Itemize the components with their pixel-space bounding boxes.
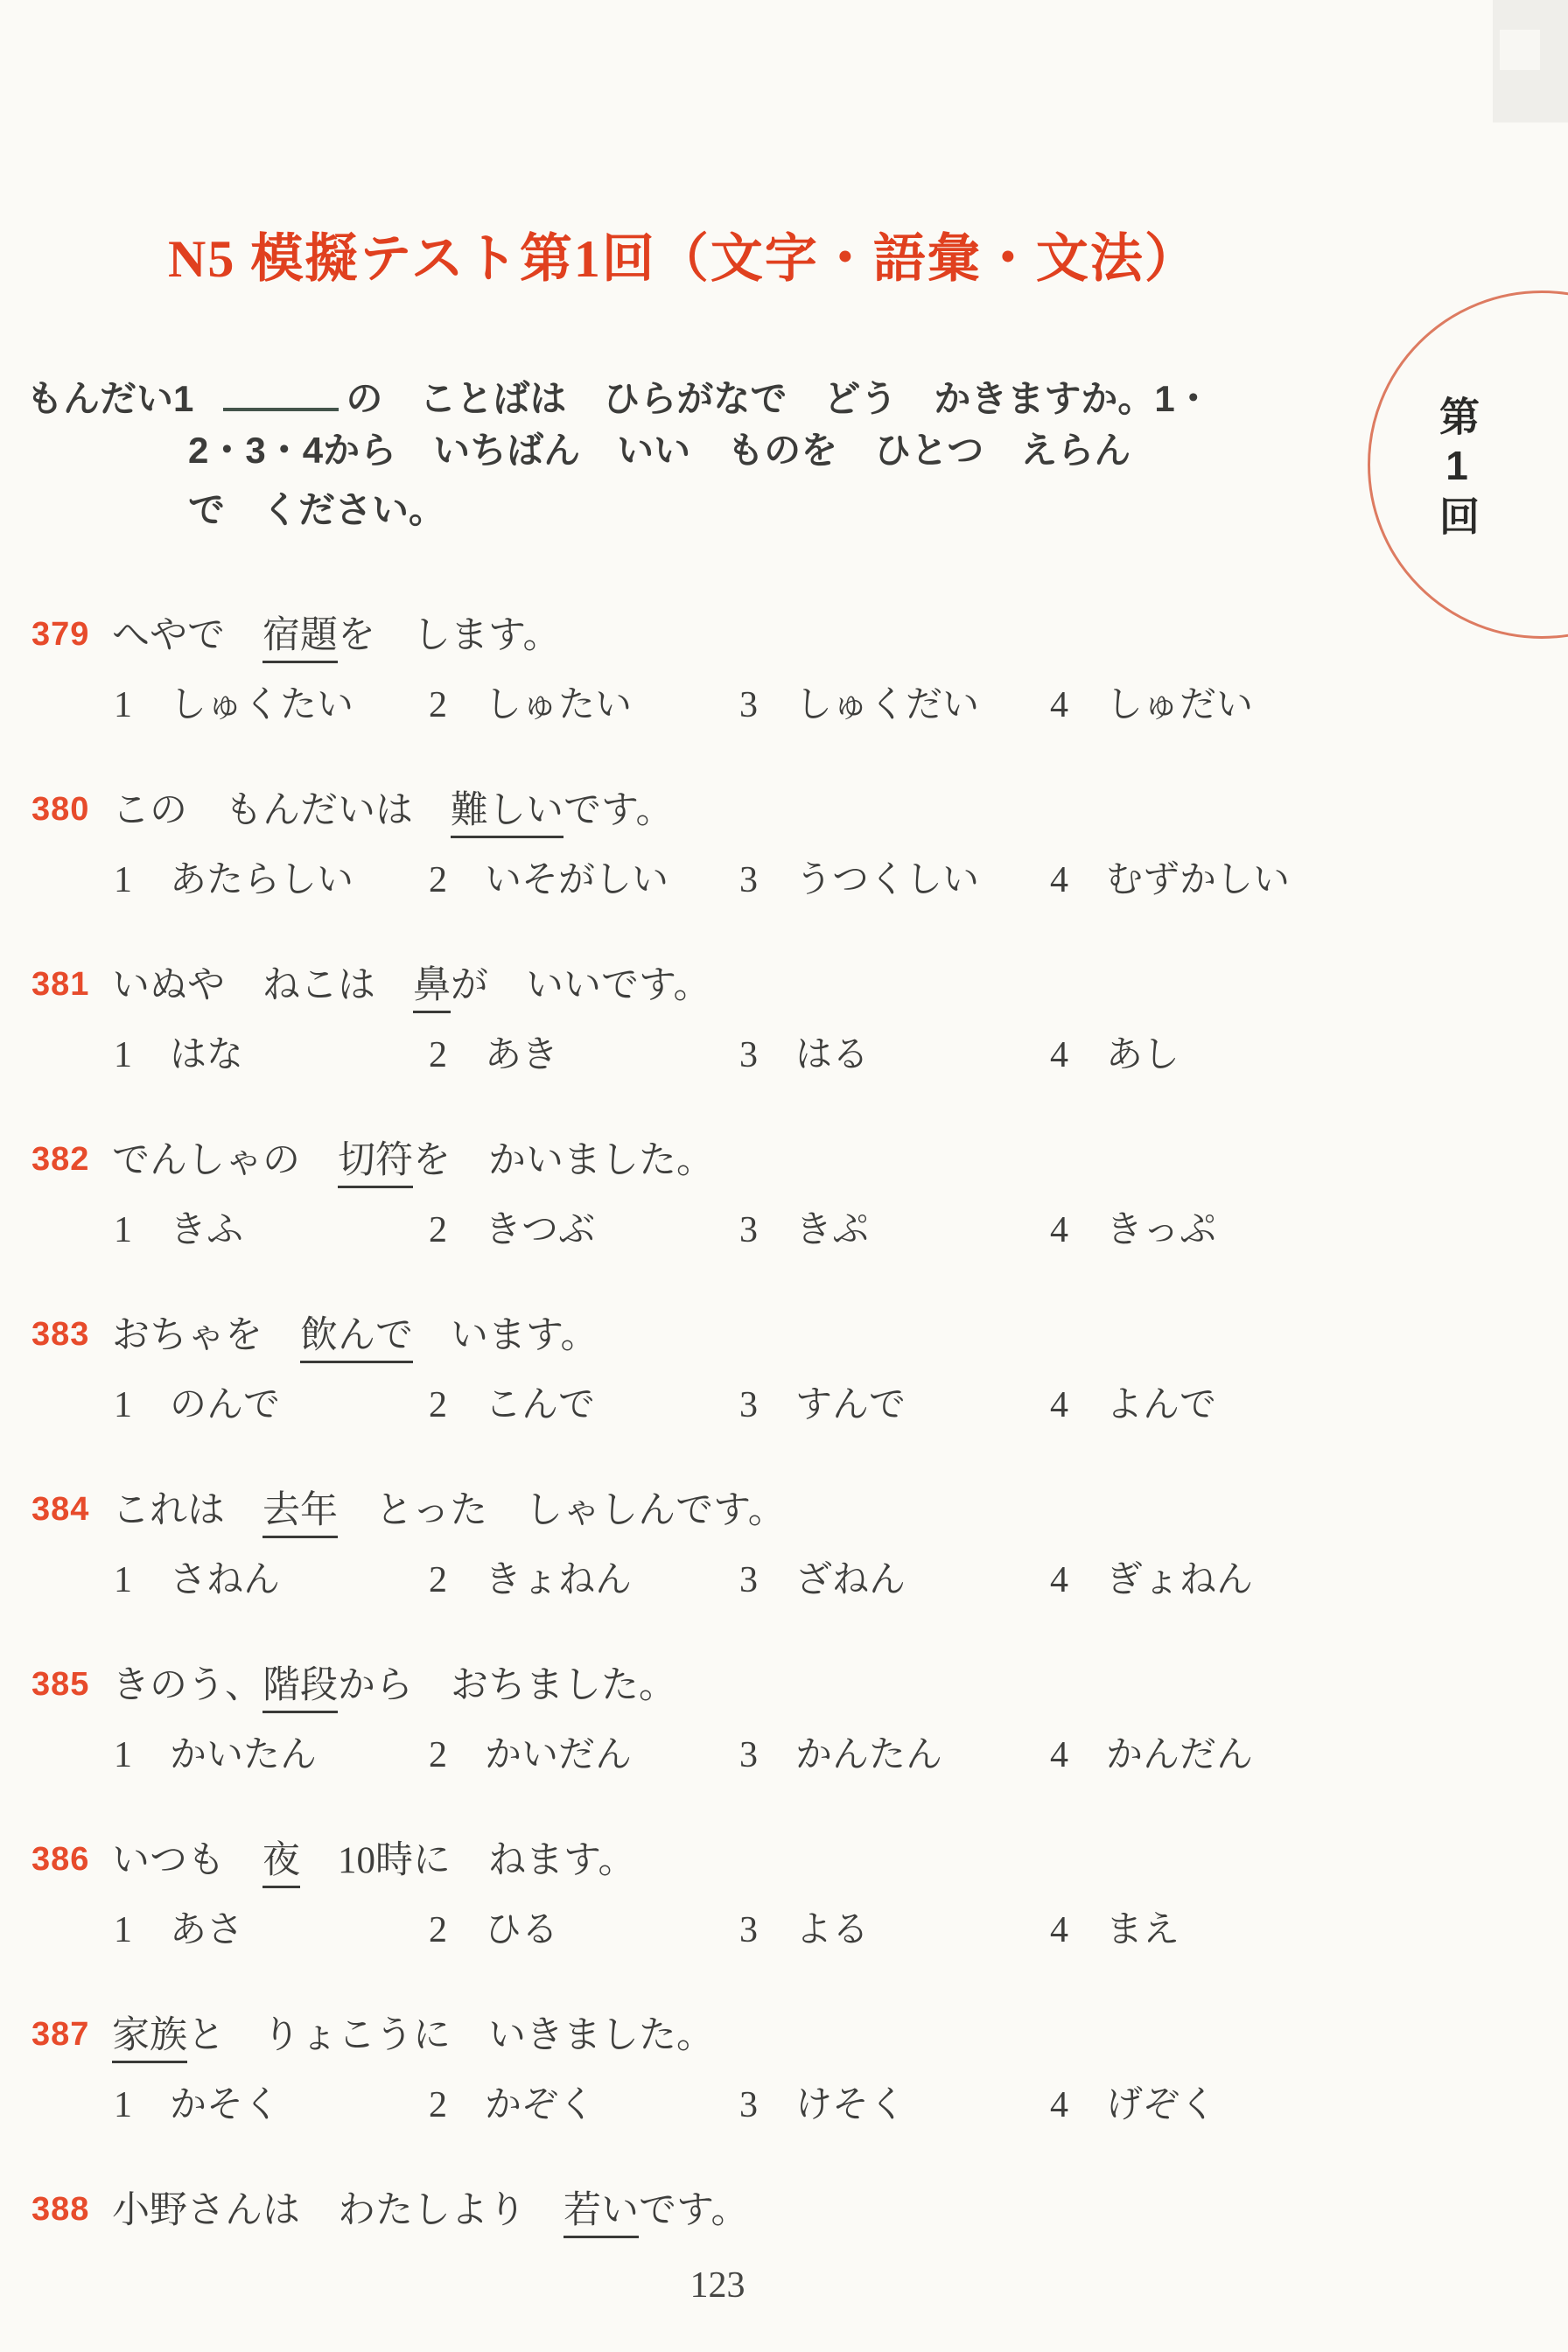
option-label: むずかしい — [1106, 860, 1290, 900]
option-number: 3 — [739, 1559, 795, 1601]
option-2: 2こんで — [429, 1375, 595, 1428]
option-label: のんで — [170, 1385, 280, 1425]
option-4: 4きっぷ — [1050, 1200, 1216, 1253]
option-number: 2 — [429, 1909, 485, 1951]
option-number: 3 — [739, 1384, 795, 1426]
option-label: あき — [485, 1035, 558, 1075]
option-label: かいだん — [485, 1735, 632, 1775]
question-text: これは 去年 とった しゃしんです。 — [112, 1487, 786, 1535]
question-number: 387 — [31, 2016, 89, 2054]
option-label: きっぷ — [1106, 1210, 1216, 1250]
option-number: 3 — [739, 684, 795, 726]
underlined-word: 飲んで — [300, 1315, 413, 1363]
question-pre: でんしゃの — [112, 1140, 338, 1181]
option-label: げぞく — [1106, 2085, 1216, 2125]
blank-line — [223, 371, 339, 411]
question-text: きのう、階段から おちました。 — [112, 1662, 676, 1710]
question-number: 383 — [31, 1316, 89, 1354]
option-1: 1さねん — [114, 1550, 280, 1603]
option-2: 2きょねん — [429, 1550, 632, 1603]
question-text: でんしゃの 切符を かいました。 — [112, 1137, 714, 1185]
underlined-word: 夜 — [262, 1840, 300, 1888]
question-379: 379 へやで 宿題を します。 1しゅくたい 2しゅたい 3しゅくだい 4しゅ… — [0, 612, 1568, 761]
option-label: かいたん — [170, 1735, 317, 1775]
question-pre: この もんだいは — [112, 790, 451, 831]
option-label: さねん — [170, 1560, 280, 1600]
question-388: 388 小野さんは わたしより 若いです。 — [0, 2187, 1568, 2336]
option-number: 1 — [114, 1909, 170, 1951]
option-1: 1あたらしい — [114, 850, 353, 903]
option-3: 3よる — [739, 1900, 869, 1953]
option-number: 3 — [739, 1909, 795, 1951]
option-number: 1 — [114, 1034, 170, 1076]
option-label: きぷ — [795, 1210, 869, 1250]
option-3: 3けそく — [739, 2075, 906, 2128]
instruction-text-1: の ことばは ひらがなで どう かきますか。1・ — [346, 378, 1211, 419]
option-label: きふ — [170, 1210, 243, 1250]
question-number: 386 — [31, 1841, 89, 1879]
option-3: 3すんで — [739, 1375, 906, 1428]
underlined-word: 鼻 — [413, 965, 451, 1013]
option-number: 2 — [429, 684, 485, 726]
question-pre: おちゃを — [112, 1315, 300, 1356]
question-380: 380 この もんだいは 難しいです。 1あたらしい 2いそがしい 3うつくしい… — [0, 787, 1568, 936]
option-label: しゅくたい — [170, 685, 353, 725]
question-number: 388 — [31, 2191, 89, 2229]
option-1: 1のんで — [114, 1375, 280, 1428]
question-384: 384 これは 去年 とった しゃしんです。 1さねん 2きょねん 3ざねん 4… — [0, 1487, 1568, 1636]
option-number: 1 — [114, 1209, 170, 1251]
option-number: 2 — [429, 2084, 485, 2126]
question-post: 10時に ねます。 — [300, 1840, 636, 1881]
option-label: しゅだい — [1106, 685, 1253, 725]
question-post: います。 — [413, 1315, 598, 1356]
option-number: 4 — [1050, 859, 1106, 901]
question-post: と りょこうに いきました。 — [187, 2015, 714, 2056]
option-4: 4げぞく — [1050, 2075, 1216, 2128]
option-number: 4 — [1050, 1034, 1106, 1076]
question-pre: これは — [112, 1490, 262, 1531]
option-number: 4 — [1050, 1209, 1106, 1251]
option-number: 1 — [114, 2084, 170, 2126]
test-page: N5 模擬テスト第1回（文字・語彙・文法） 第1回 もんだい1の ことばは ひら… — [0, 0, 1568, 2352]
options-row: 1きふ 2きつぶ 3きぷ 4きっぷ — [0, 1200, 1568, 1256]
question-number: 385 — [31, 1666, 89, 1704]
question-383: 383 おちゃを 飲んで います。 1のんで 2こんで 3すんで 4よんで — [0, 1312, 1568, 1461]
option-1: 1はな — [114, 1025, 243, 1078]
option-number: 2 — [429, 1384, 485, 1426]
question-pre: いつも — [112, 1840, 262, 1881]
underlined-word: 階段 — [262, 1665, 338, 1713]
option-number: 4 — [1050, 684, 1106, 726]
option-3: 3はる — [739, 1025, 869, 1078]
option-4: 4あし — [1050, 1025, 1179, 1078]
option-number: 1 — [114, 684, 170, 726]
question-post: を かいました。 — [413, 1140, 714, 1181]
question-381: 381 いぬや ねこは 鼻が いいです。 1はな 2あき 3はる 4あし — [0, 962, 1568, 1111]
underlined-word: 家族 — [112, 2015, 187, 2063]
option-label: よんで — [1106, 1385, 1216, 1425]
option-2: 2いそがしい — [429, 850, 668, 903]
question-number: 382 — [31, 1141, 89, 1179]
option-number: 2 — [429, 859, 485, 901]
instruction-line-1: もんだい1の ことばは ひらがなで どう かきますか。1・ — [26, 371, 1212, 419]
option-4: 4まえ — [1050, 1900, 1179, 1953]
underlined-word: 切符 — [338, 1140, 413, 1188]
option-1: 1しゅくたい — [114, 675, 353, 728]
underlined-word: 去年 — [262, 1490, 338, 1538]
option-number: 4 — [1050, 1384, 1106, 1426]
instruction-line-2: 2・3・4から いちばん いい ものを ひとつ えらん — [188, 430, 1130, 471]
question-pre: 小野さんは わたしより — [112, 2190, 563, 2231]
options-row: 1のんで 2こんで 3すんで 4よんで — [0, 1375, 1568, 1431]
options-row: 1あさ 2ひる 3よる 4まえ — [0, 1900, 1568, 1956]
question-text: いぬや ねこは 鼻が いいです。 — [112, 962, 711, 1010]
option-3: 3しゅくだい — [739, 675, 979, 728]
option-label: かぞく — [485, 2085, 595, 2125]
option-1: 1きふ — [114, 1200, 243, 1253]
options-row: 1かいたん 2かいだん 3かんたん 4かんだん — [0, 1725, 1568, 1781]
option-label: まえ — [1106, 1910, 1179, 1950]
option-number: 3 — [739, 2084, 795, 2126]
option-number: 4 — [1050, 2084, 1106, 2126]
option-label: ざねん — [795, 1560, 906, 1600]
option-label: あし — [1106, 1035, 1179, 1075]
underlined-word: 宿題 — [262, 615, 338, 663]
option-label: かんたん — [795, 1735, 942, 1775]
option-3: 3うつくしい — [739, 850, 979, 903]
option-3: 3ざねん — [739, 1550, 906, 1603]
option-number: 2 — [429, 1734, 485, 1776]
question-385: 385 きのう、階段から おちました。 1かいたん 2かいだん 3かんたん 4か… — [0, 1662, 1568, 1811]
option-label: かんだん — [1106, 1735, 1253, 1775]
options-row: 1さねん 2きょねん 3ざねん 4ぎょねん — [0, 1550, 1568, 1606]
option-number: 2 — [429, 1209, 485, 1251]
question-pre: いぬや ねこは — [112, 965, 413, 1006]
options-row: 1はな 2あき 3はる 4あし — [0, 1025, 1568, 1081]
instruction-label: もんだい1 — [26, 378, 193, 419]
option-label: いそがしい — [485, 860, 668, 900]
option-label: しゅくだい — [795, 685, 979, 725]
option-number: 3 — [739, 1734, 795, 1776]
option-label: かそく — [170, 2085, 280, 2125]
option-number: 3 — [739, 1209, 795, 1251]
option-number: 4 — [1050, 1734, 1106, 1776]
option-label: しゅたい — [485, 685, 632, 725]
option-number: 1 — [114, 859, 170, 901]
option-2: 2かいだん — [429, 1725, 632, 1778]
option-number: 3 — [739, 1034, 795, 1076]
question-post: です。 — [639, 2190, 749, 2231]
option-number: 2 — [429, 1034, 485, 1076]
question-text: この もんだいは 難しいです。 — [112, 787, 674, 835]
question-386: 386 いつも 夜 10時に ねます。 1あさ 2ひる 3よる 4まえ — [0, 1837, 1568, 1986]
question-387: 387 家族と りょこうに いきました。 1かそく 2かぞく 3けそく 4げぞく — [0, 2012, 1568, 2161]
question-post: とった しゃしんです。 — [338, 1490, 786, 1531]
option-number: 1 — [114, 1734, 170, 1776]
page-number: 123 — [665, 2264, 770, 2306]
option-label: あさ — [170, 1910, 243, 1950]
question-post: です。 — [563, 790, 674, 831]
option-3: 3きぷ — [739, 1200, 869, 1253]
option-4: 4ぎょねん — [1050, 1550, 1253, 1603]
option-number: 3 — [739, 859, 795, 901]
option-number: 2 — [429, 1559, 485, 1601]
question-post: が いいです。 — [451, 965, 711, 1006]
question-text: 小野さんは わたしより 若いです。 — [112, 2187, 749, 2235]
option-label: はる — [795, 1035, 869, 1075]
option-1: 1あさ — [114, 1900, 243, 1953]
options-row: 1かそく 2かぞく 3けそく 4げぞく — [0, 2075, 1568, 2131]
option-label: ぎょねん — [1106, 1560, 1253, 1600]
option-1: 1かいたん — [114, 1725, 317, 1778]
option-1: 1かそく — [114, 2075, 280, 2128]
question-text: おちゃを 飲んで います。 — [112, 1312, 598, 1360]
question-text: 家族と りょこうに いきました。 — [112, 2012, 714, 2060]
option-4: 4よんで — [1050, 1375, 1216, 1428]
option-number: 1 — [114, 1384, 170, 1426]
underlined-word: 難しい — [451, 790, 563, 838]
question-pre: へやで — [112, 615, 262, 656]
question-post: から おちました。 — [338, 1665, 676, 1706]
question-number: 384 — [31, 1491, 89, 1529]
options-row: 1しゅくたい 2しゅたい 3しゅくだい 4しゅだい — [0, 675, 1568, 731]
question-number: 380 — [31, 791, 89, 829]
option-2: 2あき — [429, 1025, 558, 1078]
option-label: あたらしい — [170, 860, 353, 900]
question-382: 382 でんしゃの 切符を かいました。 1きふ 2きつぶ 3きぷ 4きっぷ — [0, 1137, 1568, 1286]
option-number: 1 — [114, 1559, 170, 1601]
option-label: きょねん — [485, 1560, 632, 1600]
options-row: 1あたらしい 2いそがしい 3うつくしい 4むずかしい — [0, 850, 1568, 906]
question-text: いつも 夜 10時に ねます。 — [112, 1837, 636, 1885]
question-pre: きのう、 — [112, 1665, 262, 1706]
question-number: 381 — [31, 966, 89, 1004]
question-number: 379 — [31, 616, 89, 654]
option-2: 2かぞく — [429, 2075, 595, 2128]
option-3: 3かんたん — [739, 1725, 942, 1778]
option-4: 4むずかしい — [1050, 850, 1290, 903]
option-label: こんで — [485, 1385, 595, 1425]
instruction-line-3: で ください。 — [188, 490, 445, 530]
option-4: 4かんだん — [1050, 1725, 1253, 1778]
option-label: ひる — [485, 1910, 558, 1950]
chapter-tab-label: 第1回 — [1428, 395, 1486, 542]
page-title: N5 模擬テスト第1回（文字・語彙・文法） — [168, 217, 1199, 292]
option-number: 4 — [1050, 1559, 1106, 1601]
question-text: へやで 宿題を します。 — [112, 612, 561, 660]
option-4: 4しゅだい — [1050, 675, 1253, 728]
option-label: はな — [170, 1035, 243, 1075]
option-label: うつくしい — [795, 860, 979, 900]
option-label: すんで — [795, 1385, 906, 1425]
question-post: を します。 — [338, 615, 561, 656]
option-number: 4 — [1050, 1909, 1106, 1951]
option-2: 2きつぶ — [429, 1200, 595, 1253]
scan-artifact — [1500, 30, 1540, 70]
underlined-word: 若い — [563, 2190, 639, 2238]
option-2: 2しゅたい — [429, 675, 632, 728]
option-2: 2ひる — [429, 1900, 558, 1953]
option-label: けそく — [795, 2085, 906, 2125]
option-label: きつぶ — [485, 1210, 595, 1250]
option-label: よる — [795, 1910, 869, 1950]
